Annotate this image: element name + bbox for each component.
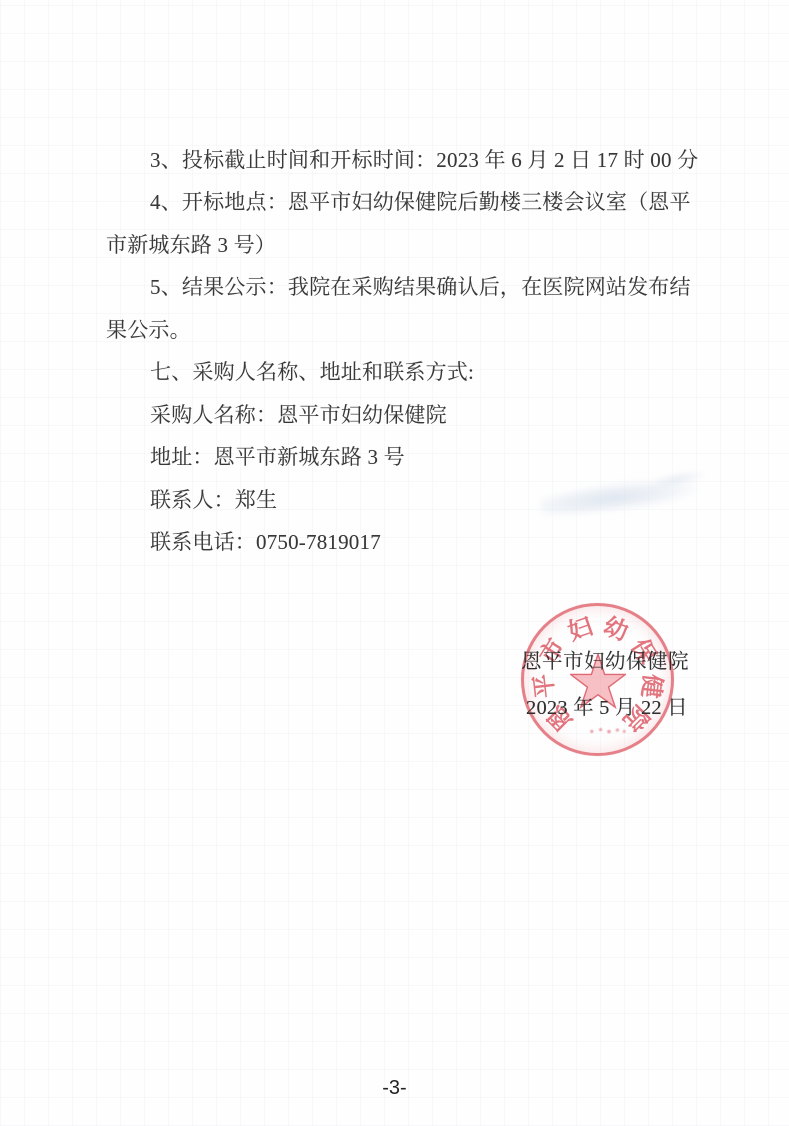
doc-line: 联系人：郑生 — [150, 488, 277, 512]
doc-line: 5、结果公示：我院在采购结果确认后，在医院网站发布结 — [150, 275, 691, 299]
signature-date: 2023 年 5 月 22 日 — [526, 690, 688, 720]
doc-line: 地址：恩平市新城东路 3 号 — [150, 445, 405, 469]
seal-serial-mark — [587, 726, 627, 735]
official-seal-stamp: 恩 平 市 妇 幼 保 健 院 — [521, 603, 674, 756]
seal-arc-char: 妇 — [563, 613, 596, 646]
doc-line: 联系电话：0750-7819017 — [150, 530, 381, 554]
doc-line: 4、开标地点：恩平市妇幼保健院后勤楼三楼会议室（恩平 — [150, 190, 691, 214]
doc-line: 七、采购人名称、地址和联系方式: — [150, 360, 474, 384]
seal-arc-char: 幼 — [598, 613, 631, 646]
doc-line: 市新城东路 3 号） — [106, 233, 276, 257]
signature-org: 恩平市妇幼保健院 — [521, 644, 689, 674]
doc-line: 果公示。 — [106, 318, 191, 342]
page-number: -3- — [0, 1077, 789, 1100]
doc-line: 3、投标截止时间和开标时间：2023 年 6 月 2 日 17 时 00 分 — [150, 148, 698, 172]
doc-line: 采购人名称：恩平市妇幼保健院 — [150, 403, 447, 427]
document-page: 3、投标截止时间和开标时间：2023 年 6 月 2 日 17 时 00 分 4… — [0, 0, 789, 1126]
